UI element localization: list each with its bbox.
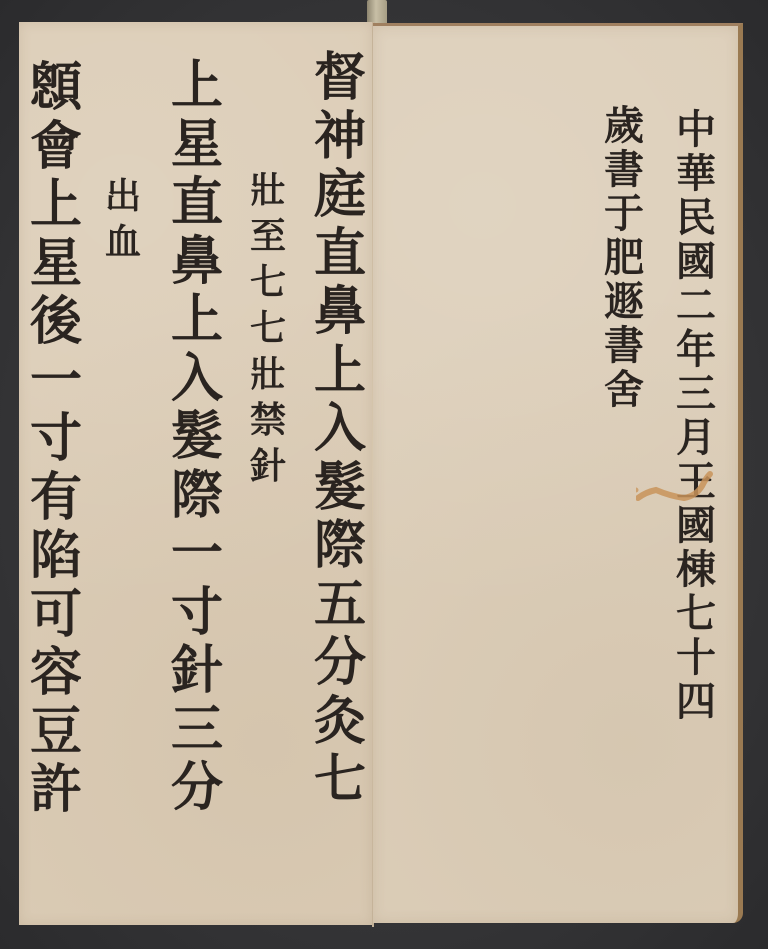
glyph: 五	[314, 579, 366, 638]
glyph: 分	[171, 762, 223, 821]
glyph: 上	[171, 60, 223, 119]
glyph: 灸	[314, 696, 366, 755]
glyph: 際	[171, 470, 223, 529]
glyph: 七	[250, 310, 286, 356]
text-column-3: 上星直鼻上入髮際一寸針三分	[165, 60, 229, 821]
glyph: 顖	[30, 62, 82, 121]
glyph: 歲	[604, 106, 644, 150]
glyph: 年	[676, 330, 716, 374]
glyph: 星	[30, 238, 82, 297]
glyph: 棟	[676, 550, 716, 594]
glyph: 上	[30, 179, 82, 238]
glyph: 上	[171, 294, 223, 353]
glyph: 上	[314, 345, 366, 404]
glyph: 一	[171, 528, 223, 587]
glyph: 三	[171, 704, 223, 763]
glyph: 壯	[250, 172, 286, 218]
glyph: 三	[676, 374, 716, 418]
glyph: 庭	[314, 169, 366, 228]
glyph: 鼻	[171, 236, 223, 295]
glyph: 國	[676, 506, 716, 550]
glyph: 民	[676, 198, 716, 242]
glyph: 四	[676, 682, 716, 726]
glyph: 月	[676, 418, 716, 462]
glyph: 針	[171, 645, 223, 704]
glyph: 十	[676, 638, 716, 682]
glyph: 星	[171, 119, 223, 178]
glyph: 出	[105, 178, 141, 224]
glyph: 壯	[250, 356, 286, 402]
glyph: 于	[604, 194, 644, 238]
glyph: 入	[171, 353, 223, 412]
glyph: 肥	[604, 238, 644, 282]
glyph: 國	[676, 242, 716, 286]
glyph: 容	[30, 647, 82, 706]
text-column-1: 督神庭直鼻上入髮際五分灸七	[308, 52, 372, 813]
glyph: 陷	[30, 530, 82, 589]
glyph: 有	[30, 472, 82, 531]
glyph: 髮	[314, 462, 366, 521]
water-stain	[636, 470, 716, 504]
glyph: 舍	[604, 370, 644, 414]
glyph: 書	[604, 150, 644, 194]
glyph: 七	[250, 264, 286, 310]
glyph: 際	[314, 520, 366, 579]
colophon-column-2: 歲書于肥遯書舍	[596, 106, 652, 414]
glyph: 中	[676, 110, 716, 154]
glyph: 豆	[30, 706, 82, 765]
glyph: 二	[676, 286, 716, 330]
glyph: 書	[604, 326, 644, 370]
glyph: 禁	[250, 402, 286, 448]
glyph: 寸	[30, 413, 82, 472]
glyph: 針	[250, 448, 286, 494]
glyph: 督	[314, 52, 366, 111]
text-column-2-annotation: 壯至七七壯禁針	[240, 172, 296, 494]
glyph: 一	[30, 355, 82, 414]
glyph: 許	[30, 764, 82, 823]
glyph: 七	[676, 594, 716, 638]
text-column-5: 顖會上星後一寸有陷可容豆許	[24, 62, 88, 823]
glyph: 直	[171, 177, 223, 236]
glyph: 髮	[171, 411, 223, 470]
glyph: 會	[30, 121, 82, 180]
glyph: 血	[105, 224, 141, 270]
glyph: 直	[314, 228, 366, 287]
glyph: 華	[676, 154, 716, 198]
glyph: 可	[30, 589, 82, 648]
text-column-4-annotation: 出血	[95, 178, 151, 270]
glyph: 後	[30, 296, 82, 355]
glyph: 分	[314, 637, 366, 696]
glyph: 寸	[171, 587, 223, 646]
glyph: 神	[314, 111, 366, 170]
glyph: 七	[314, 754, 366, 813]
glyph: 遯	[604, 282, 644, 326]
colophon-column-1: 中華民國二年三月王國棟七十四	[668, 110, 724, 726]
glyph: 至	[250, 218, 286, 264]
glyph: 鼻	[314, 286, 366, 345]
glyph: 入	[314, 403, 366, 462]
